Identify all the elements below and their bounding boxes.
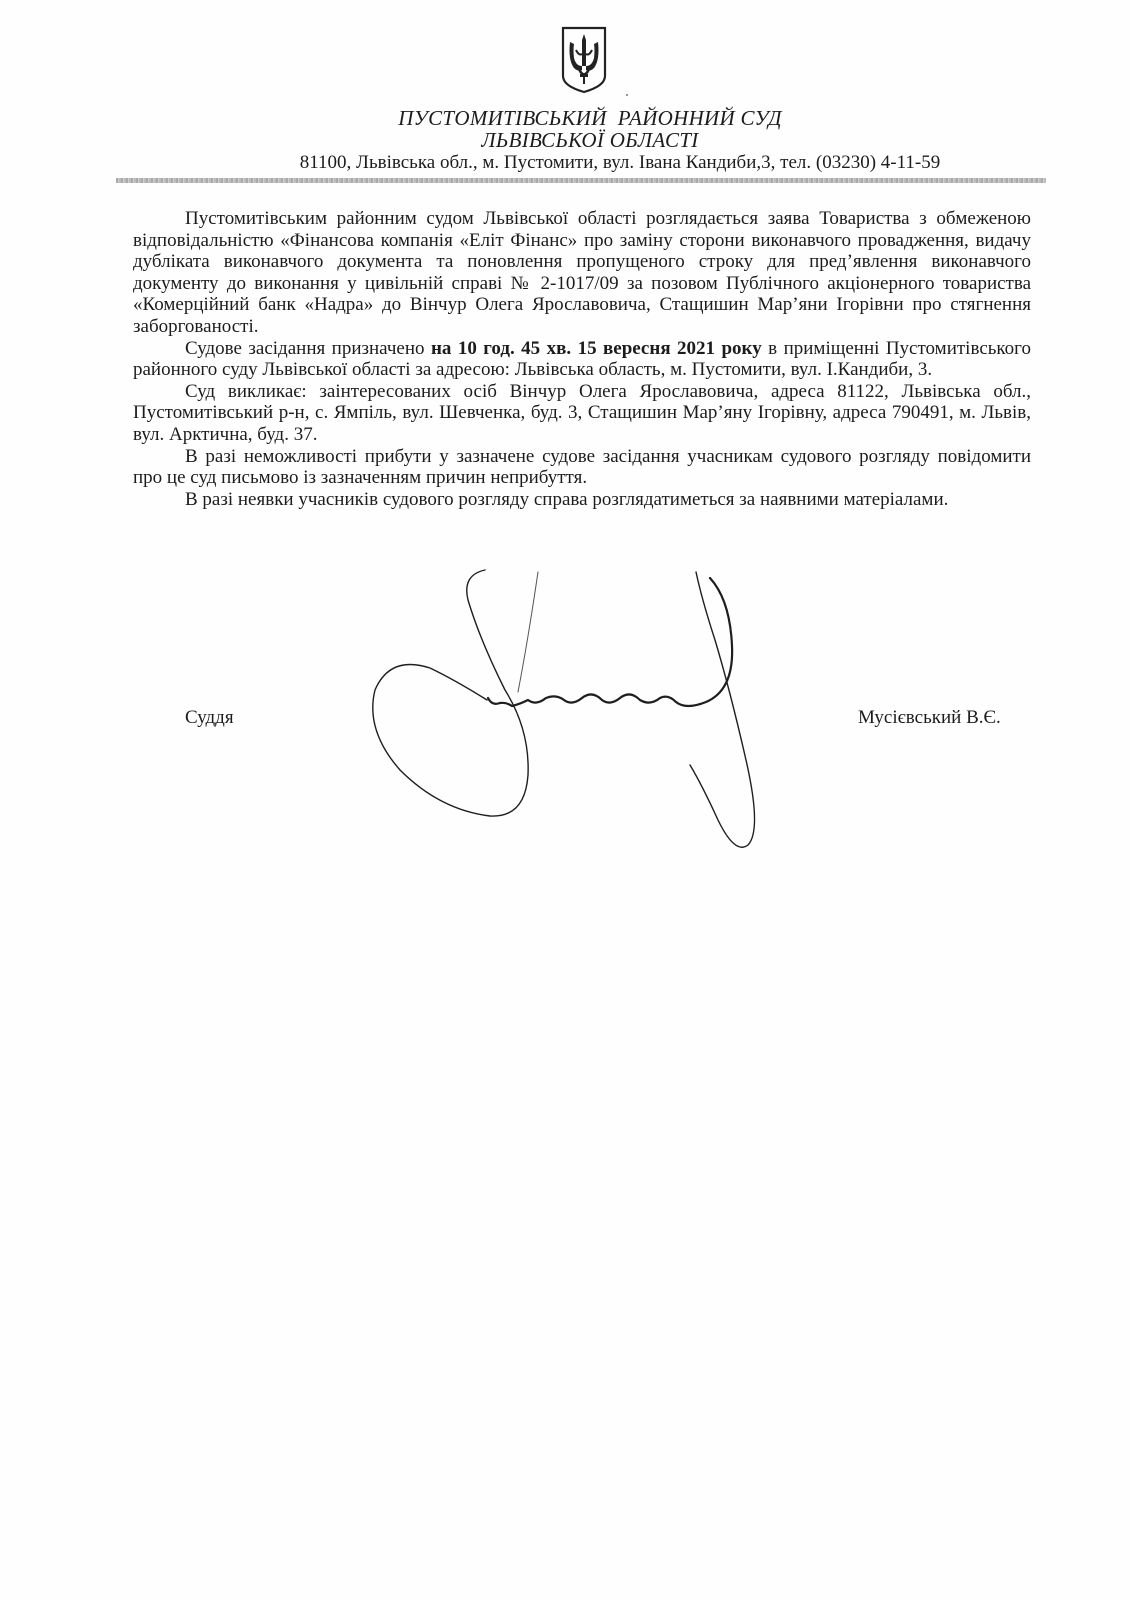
- ukraine-trident-emblem-icon: [560, 26, 608, 94]
- document-body: Пустомитівським районним судом Львівсько…: [133, 208, 1031, 510]
- judge-label: Суддя: [185, 707, 234, 729]
- paragraph-non-appearance: В разі неявки учасників судового розгляд…: [133, 489, 1031, 511]
- paragraph-hearing-date: Судове засідання призначено на 10 год. 4…: [133, 338, 1031, 381]
- handwritten-signature: [350, 560, 790, 890]
- hearing-text-pre: Судове засідання призначено: [185, 338, 431, 359]
- court-name-line2: ЛЬВІВСЬКОЇ ОБЛАСТІ: [25, 128, 1130, 153]
- court-address: 81100, Львівська обл., м. Пустомити, вул…: [0, 152, 1130, 174]
- paragraph-application: Пустомитівським районним судом Львівсько…: [133, 208, 1031, 338]
- paragraph-summons: Суд викликає: заінтересованих осіб Вінчу…: [133, 381, 1031, 446]
- paragraph-absence-notice: В разі неможливості прибути у зазначене …: [133, 446, 1031, 489]
- judge-name: Мусієвський В.Є.: [858, 707, 1001, 729]
- scan-speck: [626, 94, 628, 96]
- hearing-datetime: на 10 год. 45 хв. 15 вересня 2021 року: [431, 338, 762, 359]
- document-page: ПУСТОМИТІВСЬКИЙ РАЙОННИЙ СУД ЛЬВІВСЬКОЇ …: [0, 0, 1130, 1600]
- header-divider: [116, 178, 1046, 183]
